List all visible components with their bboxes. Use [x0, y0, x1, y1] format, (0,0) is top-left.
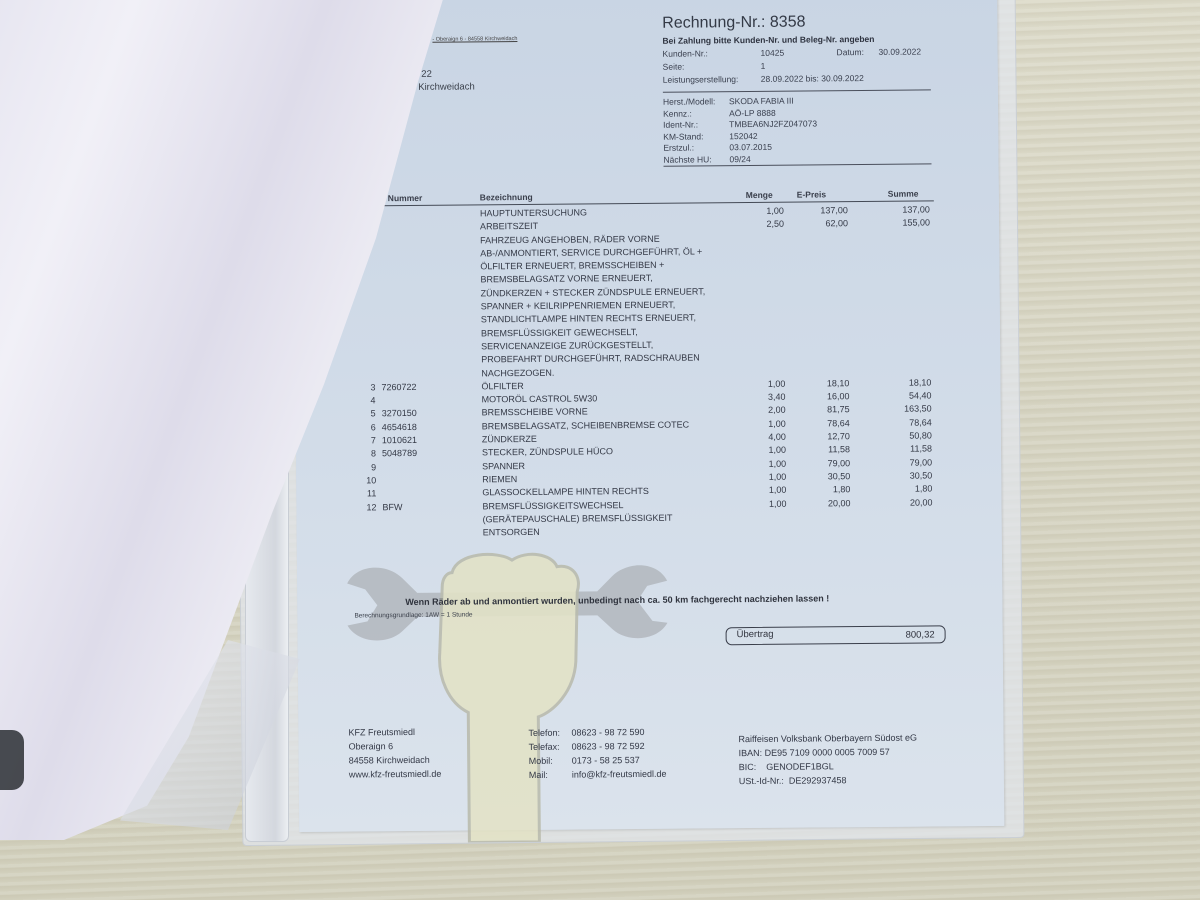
cell-qty: 1,00 — [746, 445, 786, 455]
vehicle-label: Erstzul.: — [663, 142, 729, 153]
cell-description: ZÜNDKERZE — [482, 434, 537, 444]
footer-company: KFZ Freutsmiedl Oberaign 6 84558 Kirchwe… — [348, 725, 441, 782]
cell-description: ÖLFILTER ERNEUERT, BREMSSCHEIBEN + — [480, 260, 664, 272]
cell-sum — [865, 311, 931, 312]
contact-row: Telefon:08623 - 98 72 590 — [528, 725, 666, 740]
cell-description: ARBEITSZEIT — [480, 221, 538, 232]
cell-description: RIEMEN — [482, 474, 517, 484]
footer-bank: Raiffeisen Volksbank Oberbayern Südost e… — [738, 731, 917, 789]
contact-value: 08623 - 98 72 590 — [571, 727, 644, 738]
address-line: J Kirchweidach — [411, 80, 475, 94]
cell-sum: 137,00 — [864, 204, 930, 215]
vehicle-label: Kennz.: — [663, 108, 729, 119]
cell-pos: 6 — [362, 422, 376, 432]
contact-value: 08623 - 98 72 592 — [572, 741, 645, 752]
cell-qty: 1,00 — [746, 418, 786, 428]
cell-number: 7260722 — [381, 382, 416, 392]
cell-description: AB-/ANMONTIERT, SERVICE DURCHGEFÜHRT, ÖL… — [480, 246, 702, 258]
cell-number: 4654618 — [382, 422, 417, 432]
cell-price: 79,00 — [800, 458, 850, 468]
cell-sum — [865, 284, 931, 285]
cell-price: 11,58 — [800, 444, 850, 454]
invoice-title: Rechnung-Nr.: 8358 — [662, 14, 805, 33]
cell-description: HAUPTUNTERSUCHUNG — [480, 207, 587, 218]
cell-sum: 1,80 — [866, 484, 932, 495]
cell-description: ZÜNDKERZEN + STECKER ZÜNDSPULE ERNEUERT, — [481, 286, 706, 298]
cell-description: SPANNER + KEILRIPPENRIEMEN ERNEUERT, — [481, 300, 676, 312]
cell-pos: 9 — [362, 462, 376, 472]
cell-qty: 1,00 — [744, 206, 784, 216]
contact-row: Mail:info@kfz-freutsmiedl.de — [529, 767, 667, 782]
cell-sum: 50,80 — [866, 430, 932, 441]
cell-sum: 155,00 — [864, 218, 930, 229]
invoice-date: 30.09.2022 — [878, 47, 921, 57]
vehicle-info: Herst./Modell:SKODA FABIA IIIKennz.:AÖ-L… — [663, 95, 817, 165]
cell-sum — [865, 351, 931, 352]
cell-sum: 79,00 — [866, 457, 932, 468]
cell-pos: 11 — [362, 489, 376, 499]
vehicle-value: AÖ-LP 8888 — [729, 107, 776, 117]
cell-sum — [865, 324, 931, 325]
cell-description: MOTORÖL CASTROL 5W30 — [482, 394, 598, 405]
cell-sum — [864, 271, 930, 272]
vehicle-label: Ident-Nr.: — [663, 119, 729, 130]
cell-description: (GERÄTEPAUSCHALE) BREMSFLÜSSIGKEIT — [483, 513, 673, 525]
calc-basis: Berechnungsgrundlage: 1AW = 1 Stunde — [354, 611, 472, 619]
carryover-box: Übertrag 800,32 — [726, 625, 946, 645]
cell-qty: 1,00 — [745, 379, 785, 389]
vat-id: USt.-Id-Nr.: DE292937458 — [739, 773, 918, 789]
cell-pos: 3 — [361, 382, 375, 392]
cell-qty: 1,00 — [746, 498, 786, 508]
cell-price: 78,64 — [800, 418, 850, 428]
vehicle-value: TMBEA6NJ2FZ047073 — [729, 118, 817, 129]
cell-number: BFW — [382, 502, 402, 512]
cell-qty: 4,00 — [746, 432, 786, 442]
vehicle-value: 152042 — [729, 130, 757, 140]
customer-no: 10425 — [760, 47, 836, 58]
vehicle-label: Nächste HU: — [663, 154, 729, 165]
contact-value: info@kfz-freutsmiedl.de — [572, 769, 667, 780]
page-number: 1 — [761, 61, 766, 71]
cell-description: BREMSBELAGSATZ, SCHEIBENBREMSE COTEC — [482, 419, 689, 431]
vehicle-value: 09/24 — [729, 154, 750, 164]
cell-qty: 2,00 — [746, 405, 786, 415]
cell-pos: 10 — [362, 475, 376, 485]
cell-description: BREMSFLÜSSIGKEITSWECHSEL — [482, 500, 623, 511]
company-name: KFZ Freutsmiedl — [348, 725, 441, 740]
col-sum-header: Summe — [888, 189, 919, 199]
cell-price: 81,75 — [800, 405, 850, 415]
service-period: 28.09.2022 bis: 30.09.2022 — [761, 73, 864, 84]
col-description-header: Bezeichnung — [480, 192, 533, 202]
cell-description: NACHGEZOGEN. — [481, 367, 554, 378]
vehicle-value: 03.07.2015 — [729, 142, 772, 152]
cell-sum — [867, 524, 933, 525]
cell-sum — [865, 298, 931, 299]
cell-description: SERVICENANZEIGE ZURÜCKGESTELLT, — [481, 340, 653, 352]
cell-description: STANDLICHTLAMPE HINTEN RECHTS ERNEUERT, — [481, 313, 696, 325]
cell-number: 5048789 — [382, 448, 417, 458]
cell-sum: 78,64 — [866, 417, 932, 428]
dark-object-corner — [0, 730, 24, 790]
footer-contact: Telefon:08623 - 98 72 590Telefax:08623 -… — [528, 725, 666, 782]
cell-price: 12,70 — [800, 431, 850, 441]
contact-row: Mobil:0173 - 58 25 537 — [529, 753, 667, 768]
bank-name: Raiffeisen Volksbank Oberbayern Südost e… — [738, 731, 917, 747]
cell-pos: 5 — [362, 409, 376, 419]
cell-sum — [864, 258, 930, 259]
company-city: 84558 Kirchweidach — [349, 753, 442, 768]
cell-qty: 3,40 — [745, 392, 785, 402]
carryover-value: 800,32 — [906, 629, 935, 640]
contact-label: Telefon: — [528, 726, 571, 740]
cell-price: 30,50 — [800, 471, 850, 481]
cell-description: BREMSFLÜSSIGKEIT GEWECHSELT, — [481, 327, 638, 338]
service-period-label: Leistungserstellung: — [663, 74, 761, 85]
cell-price: 62,00 — [798, 218, 848, 228]
cell-description: STECKER, ZÜNDSPULE HÜCO — [482, 447, 613, 458]
bank-bic: BIC: GENODEF1BGL — [739, 759, 918, 775]
cell-number: 1010621 — [382, 435, 417, 445]
cell-description: BREMSBELAGSATZ VORNE ERNEUERT, — [480, 273, 652, 285]
vehicle-label: Herst./Modell: — [663, 96, 729, 107]
cell-description: BREMSSCHEIBE VORNE — [482, 407, 588, 418]
payment-note: Bei Zahlung bitte Kunden-Nr. und Beleg-N… — [662, 34, 874, 46]
cell-sum — [864, 244, 930, 245]
cell-sum — [867, 510, 933, 511]
cell-qty: 1,00 — [746, 485, 786, 495]
cell-price: 137,00 — [798, 205, 848, 215]
col-price-header: E-Preis — [797, 189, 826, 199]
cell-sum: 11,58 — [866, 444, 932, 455]
customer-no-label: Kunden-Nr.: — [662, 48, 760, 59]
contact-label: Telefax: — [529, 740, 572, 754]
contact-value: 0173 - 58 25 537 — [572, 755, 640, 766]
cell-qty: 1,00 — [746, 472, 786, 482]
cell-sum: 20,00 — [866, 497, 932, 508]
cell-qty: 1,00 — [746, 458, 786, 468]
cell-pos: 8 — [362, 449, 376, 459]
cell-pos: 12 — [362, 502, 376, 512]
contact-label: Mobil: — [529, 754, 572, 768]
sender-return-line: - Oberaign 6 - 84558 Kirchweidach — [432, 36, 517, 43]
page-label: Seite: — [663, 61, 761, 72]
contact-label: Mail: — [529, 768, 572, 782]
bank-iban: IBAN: DE95 7109 0000 0005 7009 57 — [739, 745, 918, 761]
cell-price: 20,00 — [800, 498, 850, 508]
cell-qty: 2,50 — [744, 219, 784, 229]
cell-sum — [865, 364, 931, 365]
cell-pos: 7 — [362, 435, 376, 445]
vehicle-value: SKODA FABIA III — [729, 96, 794, 107]
cell-sum — [865, 337, 931, 338]
contact-row: Telefax:08623 - 98 72 592 — [529, 739, 667, 754]
cell-pos: 4 — [362, 395, 376, 405]
col-qty-header: Menge — [746, 190, 773, 200]
company-website: www.kfz-freutsmiedl.de — [349, 767, 442, 782]
cell-price: 16,00 — [799, 391, 849, 401]
line-items-table: HAUPTUNTERSUCHUNG1,00137,00137,002ARBEIT… — [354, 204, 937, 541]
cell-description: SPANNER — [482, 461, 525, 471]
cell-sum: 18,10 — [865, 377, 931, 388]
cell-description: ÖLFILTER — [481, 381, 523, 391]
divider — [663, 89, 931, 92]
cell-description: FAHRZEUG ANGEHOBEN, RÄDER VORNE — [480, 233, 660, 245]
date-label: Datum: — [836, 47, 878, 57]
cell-description: ENTSORGEN — [483, 527, 540, 537]
cell-number: 3270150 — [382, 408, 417, 418]
cell-sum: 30,50 — [866, 470, 932, 481]
carryover-label: Übertrag — [737, 629, 774, 640]
cell-description: PROBEFAHRT DURCHGEFÜHRT, RADSCHRAUBEN — [481, 353, 700, 365]
vehicle-label: KM-Stand: — [663, 131, 729, 142]
cell-price: 18,10 — [799, 378, 849, 388]
cell-sum: 163,50 — [866, 404, 932, 415]
cell-sum — [864, 231, 930, 232]
invoice-meta: Kunden-Nr.:10425Datum:30.09.2022 Seite:1… — [662, 47, 921, 88]
col-number-header: Nummer — [388, 193, 423, 203]
company-street: Oberaign 6 — [349, 739, 442, 754]
cell-description: GLASSOCKELLAMPE HINTEN RECHTS — [482, 486, 649, 497]
cell-sum: 54,40 — [865, 391, 931, 402]
cell-price: 1,80 — [800, 484, 850, 494]
